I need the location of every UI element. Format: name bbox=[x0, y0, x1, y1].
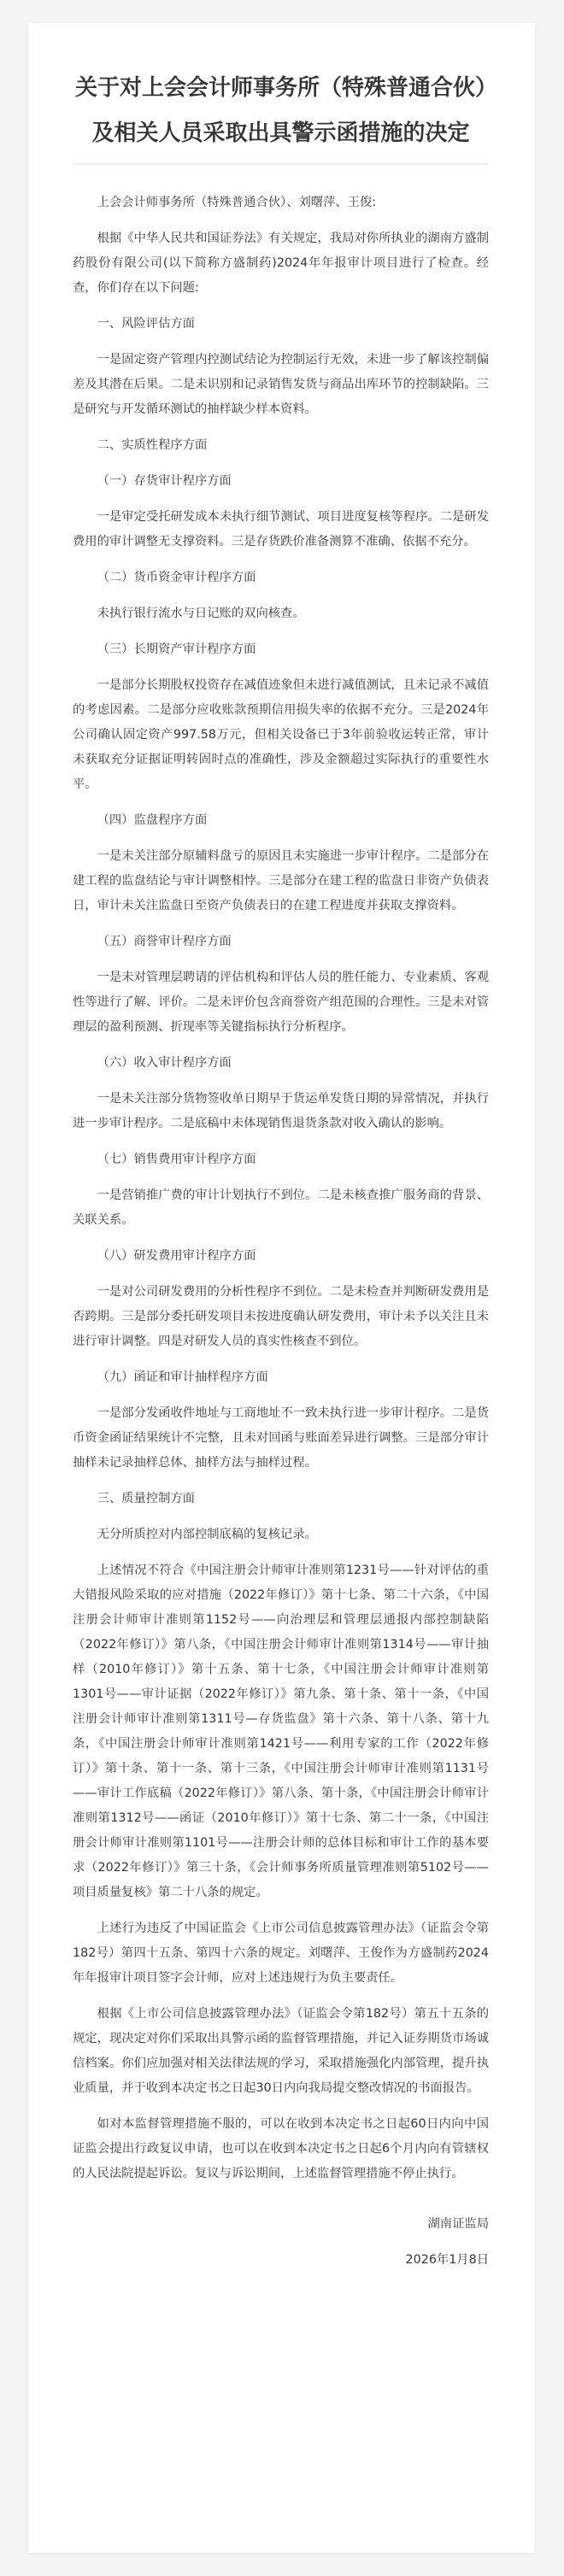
paragraph-stocktake: 一是未关注部分原辅料盘亏的原因且未实施进一步审计程序。二是部分在建工程的监盘结论… bbox=[73, 844, 489, 918]
section-heading-quality-control: 三、质量控制方面 bbox=[73, 1487, 489, 1511]
subheading-revenue: （六）收入审计程序方面 bbox=[73, 1051, 489, 1076]
paragraph-revenue: 一是未关注部分货物签收单日期早于货运单发货日期的异常情况，并执行进一步审计程序。… bbox=[73, 1087, 489, 1136]
subheading-goodwill: （五）商誉审计程序方面 bbox=[73, 930, 489, 954]
subheading-long-term-assets: （三）长期资产审计程序方面 bbox=[73, 637, 489, 662]
subheading-stocktake: （四）监盘程序方面 bbox=[73, 808, 489, 833]
paragraph-decision: 根据《上市公司信息披露管理办法》（证监会令第182号）第五十五条的规定，现决定对… bbox=[73, 2002, 489, 2101]
subheading-rd-expenses: （八）研发费用审计程序方面 bbox=[73, 1244, 489, 1269]
section-heading-substantive-procedures: 二、实质性程序方面 bbox=[73, 433, 489, 458]
document-body: 上会会计师事务所（特殊普通合伙）、刘曙萍、王俊: 根据《中华人民共和国证券法》有… bbox=[73, 191, 489, 2186]
section-heading-risk-assessment: 一、风险评估方面 bbox=[73, 312, 489, 337]
intro-paragraph: 根据《中华人民共和国证券法》有关规定，我局对你所执业的湖南方盛制药股份有限公司(… bbox=[73, 226, 489, 301]
paragraph-inventory: 一是审定受托研发成本未执行细节测试、项目进度复核等程序。二是研发费用的审计调整无… bbox=[73, 505, 489, 555]
subheading-cash: （二）货币资金审计程序方面 bbox=[73, 566, 489, 590]
paragraph-quality-control: 无分所质控对内部控制底稿的复核记录。 bbox=[73, 1523, 489, 1547]
title-divider bbox=[73, 163, 489, 165]
paragraph-cash: 未执行银行流水与日记账的双向核查。 bbox=[73, 601, 489, 626]
paragraph-goodwill: 一是未对管理层聘请的评估机构和评估人员的胜任能力、专业素质、客观性等进行了解、评… bbox=[73, 965, 489, 1040]
document-title: 关于对上会会计师事务所（特殊普通合伙）及相关人员采取出具警示函措施的决定 bbox=[73, 23, 489, 156]
paragraph-standards-violated: 上述情况不符合《中国注册会计师审计准则第1231号——针对评估的重大错报风险采取… bbox=[73, 1558, 489, 1905]
paragraph-regulation-violated: 上述行为违反了中国证监会《上市公司信息披露管理办法》（证监会令第182号）第四十… bbox=[73, 1916, 489, 1991]
paragraph-rd-expenses: 一是对公司研发费用的分析性程序不到位。二是未检查并判断研发费用是否跨期。三是部分… bbox=[73, 1280, 489, 1354]
paragraph-selling-expenses: 一是营销推广费的审计计划执行不到位。二是未核查推广服务商的背景、关联关系。 bbox=[73, 1183, 489, 1233]
subheading-inventory: （一）存货审计程序方面 bbox=[73, 469, 489, 494]
salutation: 上会会计师事务所（特殊普通合伙）、刘曙萍、王俊: bbox=[73, 191, 489, 215]
paragraph-appeal: 如对本监督管理措施不服的，可以在收到本决定书之日起60日内向中国证监会提出行政复… bbox=[73, 2112, 489, 2186]
document-card: 关于对上会会计师事务所（特殊普通合伙）及相关人员采取出具警示函措施的决定 上会会… bbox=[28, 23, 535, 2553]
subheading-confirmation-sampling: （九）函证和审计抽样程序方面 bbox=[73, 1365, 489, 1390]
subheading-selling-expenses: （七）销售费用审计程序方面 bbox=[73, 1147, 489, 1172]
paragraph-confirmation-sampling: 一是部分发函收件地址与工商地址不一致未执行进一步审计程序。二是货币资金函证结果统… bbox=[73, 1401, 489, 1476]
issue-date: 2026年1月8日 bbox=[73, 2248, 489, 2273]
paragraph-long-term-assets: 一是部分长期股权投资存在减值迹象但未进行减值测试，且未记录不减值的考虑因素。二是… bbox=[73, 673, 489, 797]
signature-block: 湖南证监局 2026年1月8日 bbox=[73, 2212, 489, 2273]
paragraph-risk-assessment: 一是固定资产管理内控测试结论为控制运行无效，未进一步了解该控制偏差及其潜在后果。… bbox=[73, 348, 489, 422]
issuing-organization: 湖南证监局 bbox=[73, 2212, 489, 2237]
